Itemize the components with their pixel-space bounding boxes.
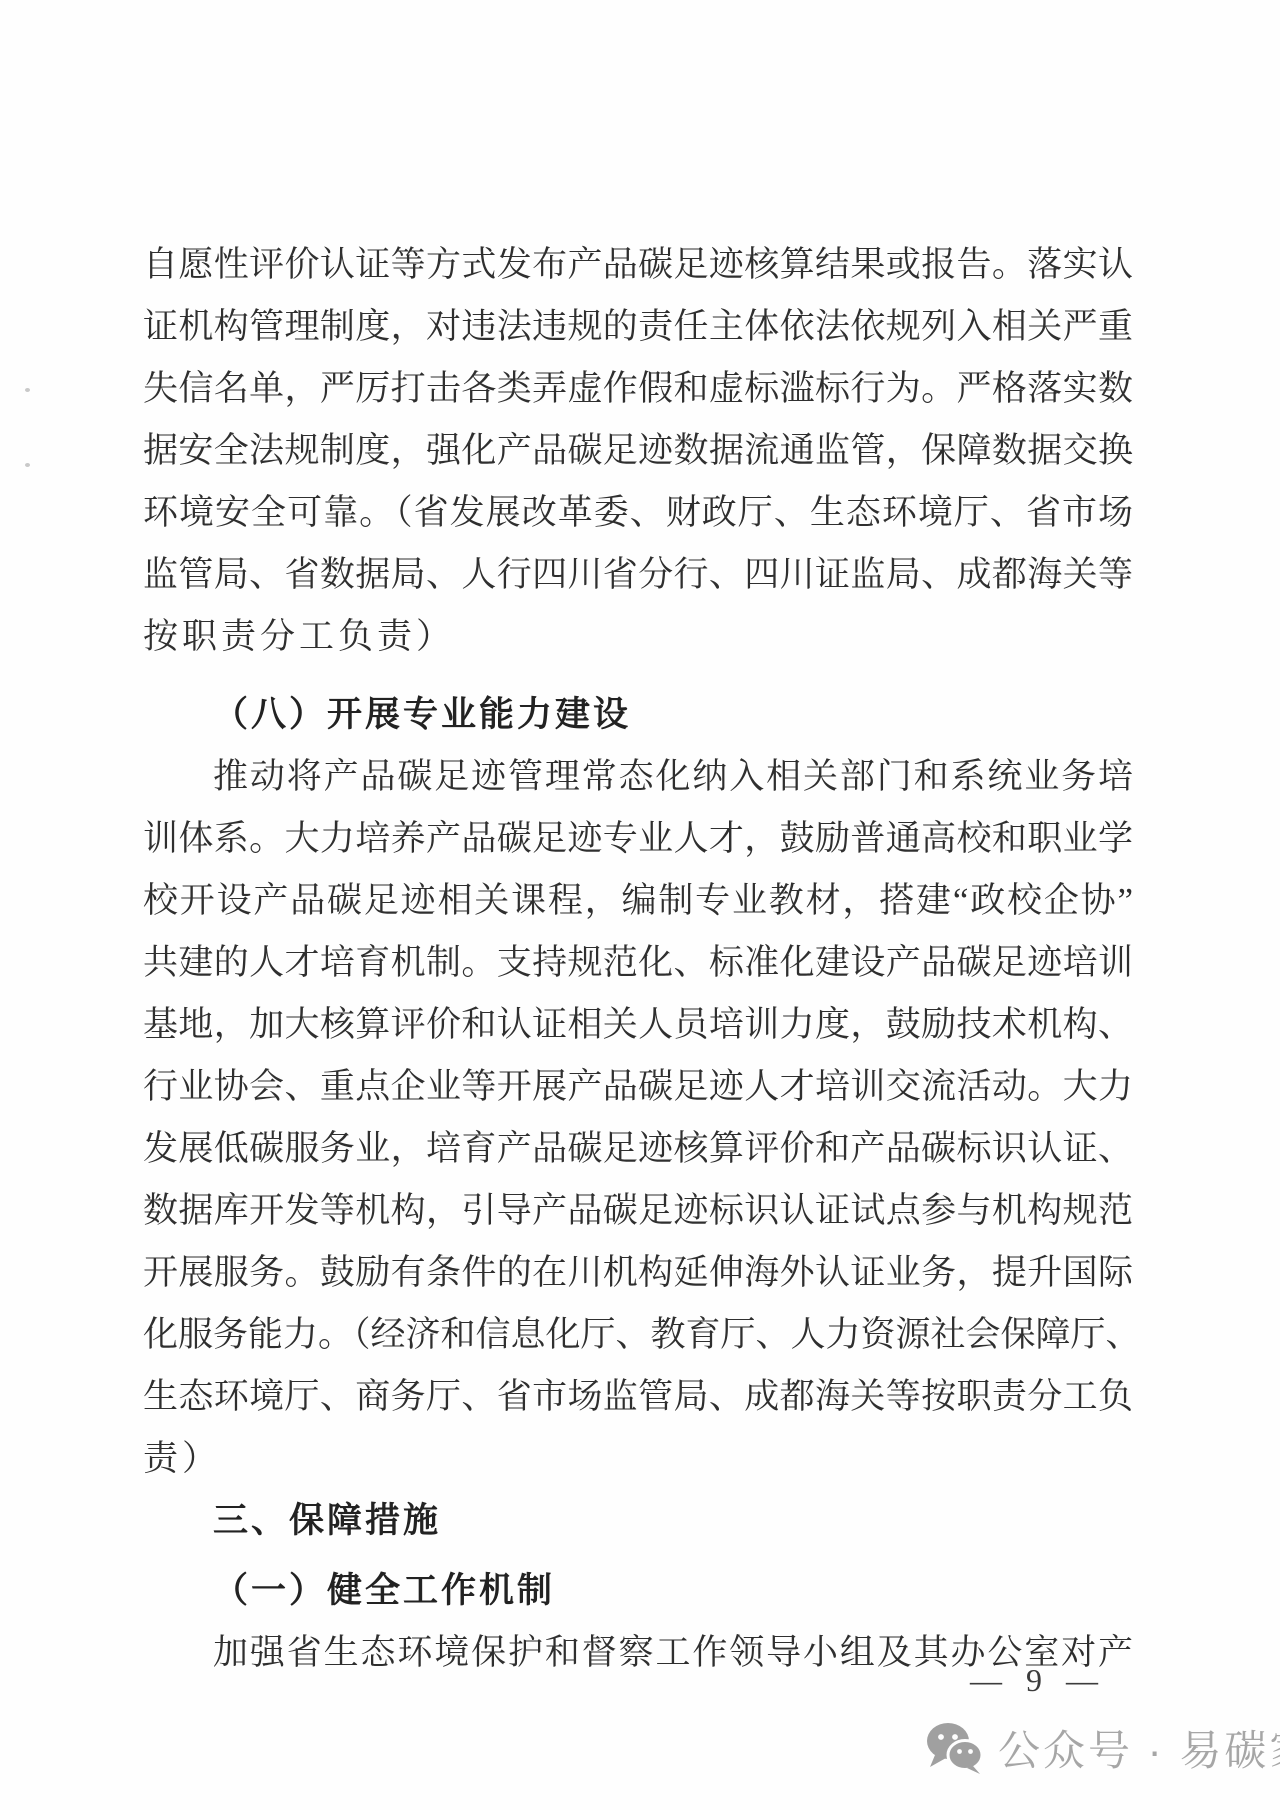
body-line: 监管局、省数据局、人行四川省分行、四川证监局、成都海关等 — [143, 544, 1133, 606]
body-line: 失信名单，严厉打击各类弄虚作假和虚标滥标行为。严格落实数 — [143, 358, 1133, 420]
body-line: 基地，加大核算评价和认证相关人员培训力度，鼓励技术机构、 — [143, 994, 1133, 1056]
section-heading-8: （八）开展专业能力建设 — [143, 684, 1133, 746]
body-line: 训体系。大力培养产品碳足迹专业人才，鼓励普通高校和职业学 — [143, 808, 1133, 870]
watermark: 公众号 · 易碳家 — [926, 1718, 1280, 1778]
chapter-heading-3: 三、保障措施 — [143, 1490, 1133, 1552]
body-line: 自愿性评价认证等方式发布产品碳足迹核算结果或报告。落实认 — [143, 234, 1133, 296]
body-line: 推动将产品碳足迹管理常态化纳入相关部门和系统业务培 — [143, 746, 1133, 808]
body-line: 校开设产品碳足迹相关课程，编制专业教材，搭建“政校企协” — [143, 870, 1133, 932]
body-line: 据安全法规制度，强化产品碳足迹数据流通监管，保障数据交换 — [143, 420, 1133, 482]
body-line: 责） — [143, 1428, 1133, 1490]
scan-speck — [25, 463, 30, 467]
scan-speck — [25, 388, 30, 392]
page-number: — 9 — — [970, 1662, 1106, 1699]
body-line: 发展低碳服务业，培育产品碳足迹核算评价和产品碳标识认证、 — [143, 1118, 1133, 1180]
body-line: 生态环境厅、商务厅、省市场监管局、成都海关等按职责分工负 — [143, 1366, 1133, 1428]
body-line: 化服务能力。（经济和信息化厅、教育厅、人力资源社会保障厅、 — [143, 1304, 1133, 1366]
wechat-icon — [926, 1722, 984, 1774]
watermark-label: 公众号 · 易碳家 — [998, 1718, 1280, 1778]
body-line: 证机构管理制度，对违法违规的责任主体依法依规列入相关严重 — [143, 296, 1133, 358]
scanned-document-page: 自愿性评价认证等方式发布产品碳足迹核算结果或报告。落实认 证机构管理制度，对违法… — [0, 0, 1280, 1810]
body-line: 按职责分工负责） — [143, 606, 1133, 668]
document-text-block: 自愿性评价认证等方式发布产品碳足迹核算结果或报告。落实认 证机构管理制度，对违法… — [143, 234, 1133, 1684]
body-line: 环境安全可靠。（省发展改革委、财政厅、生态环境厅、省市场 — [143, 482, 1133, 544]
body-line: 数据库开发等机构，引导产品碳足迹标识认证试点参与机构规范 — [143, 1180, 1133, 1242]
body-line: 行业协会、重点企业等开展产品碳足迹人才培训交流活动。大力 — [143, 1056, 1133, 1118]
body-line: 开展服务。鼓励有条件的在川机构延伸海外认证业务，提升国际 — [143, 1242, 1133, 1304]
section-heading-1: （一）健全工作机制 — [143, 1560, 1133, 1622]
body-line: 共建的人才培育机制。支持规范化、标准化建设产品碳足迹培训 — [143, 932, 1133, 994]
